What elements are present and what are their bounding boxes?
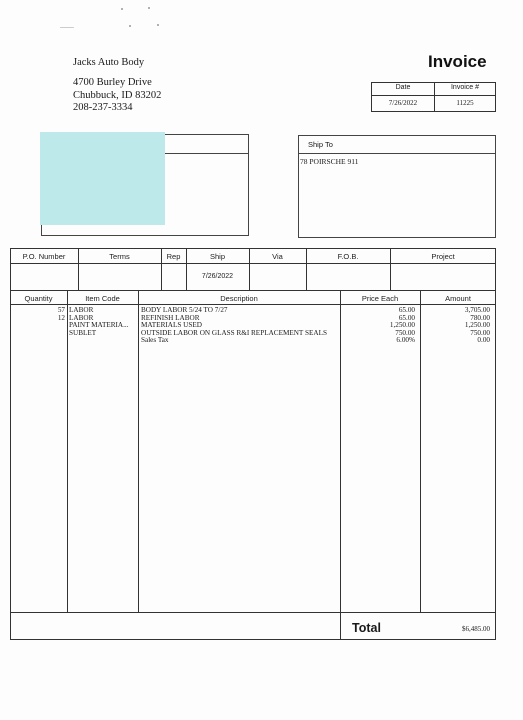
invoice-number: 11225 [435,99,495,107]
invoice-title: Invoice [428,52,487,72]
scan-speck [121,8,123,10]
amount-cell: 0.00 [420,337,490,345]
company-name: Jacks Auto Body [73,57,144,68]
quantity-cell: 12 [10,315,65,323]
ship-header: Ship [186,252,249,261]
item-code-cell: SUBLET [69,330,137,338]
scan-speck [60,27,74,28]
po-number-header: P.O. Number [10,252,78,261]
divider [10,290,496,291]
divider [10,612,496,613]
ship-to-value: 78 POIRSCHE 911 [300,157,358,166]
divider [138,290,139,612]
ship-date-value: 7/26/2022 [186,273,249,280]
total-label: Total [352,621,381,635]
invoice-number-header: Invoice # [435,84,495,91]
rep-header: Rep [161,252,186,261]
phone-number: 208-237-3334 [73,102,161,115]
fob-header: F.O.B. [306,252,390,261]
address-line: 4700 Burley Drive [73,77,161,90]
price-each-cell: 6.00% [340,337,415,345]
sticky-note-redaction [40,132,165,225]
description-header: Description [138,294,340,303]
invoice-meta-table: Date Invoice # 7/26/2022 11225 [371,82,496,112]
total-value: $6,485.00 [440,625,490,633]
divider [10,304,496,305]
ship-to-box [298,135,496,238]
scan-speck [129,25,131,27]
description-cell: Sales Tax [141,337,339,345]
price-each-header: Price Each [340,294,420,303]
amount-header: Amount [420,294,496,303]
project-header: Project [390,252,496,261]
scan-speck [157,24,159,26]
ship-to-label: Ship To [308,140,333,149]
invoice-date: 7/26/2022 [372,99,434,107]
terms-header: Terms [78,252,161,261]
quantity-cell: 57 [10,307,65,315]
divider [67,290,68,612]
company-address: 4700 Burley Drive Chubbuck, ID 83202 208… [73,77,161,115]
scan-speck [148,7,150,9]
via-header: Via [249,252,306,261]
date-header: Date [372,84,434,91]
address-line: Chubbuck, ID 83202 [73,90,161,103]
divider [10,263,496,264]
item-code-header: Item Code [67,294,138,303]
quantity-header: Quantity [10,294,67,303]
description-cell: OUTSIDE LABOR ON GLASS R&I REPLACEMENT S… [141,330,339,338]
